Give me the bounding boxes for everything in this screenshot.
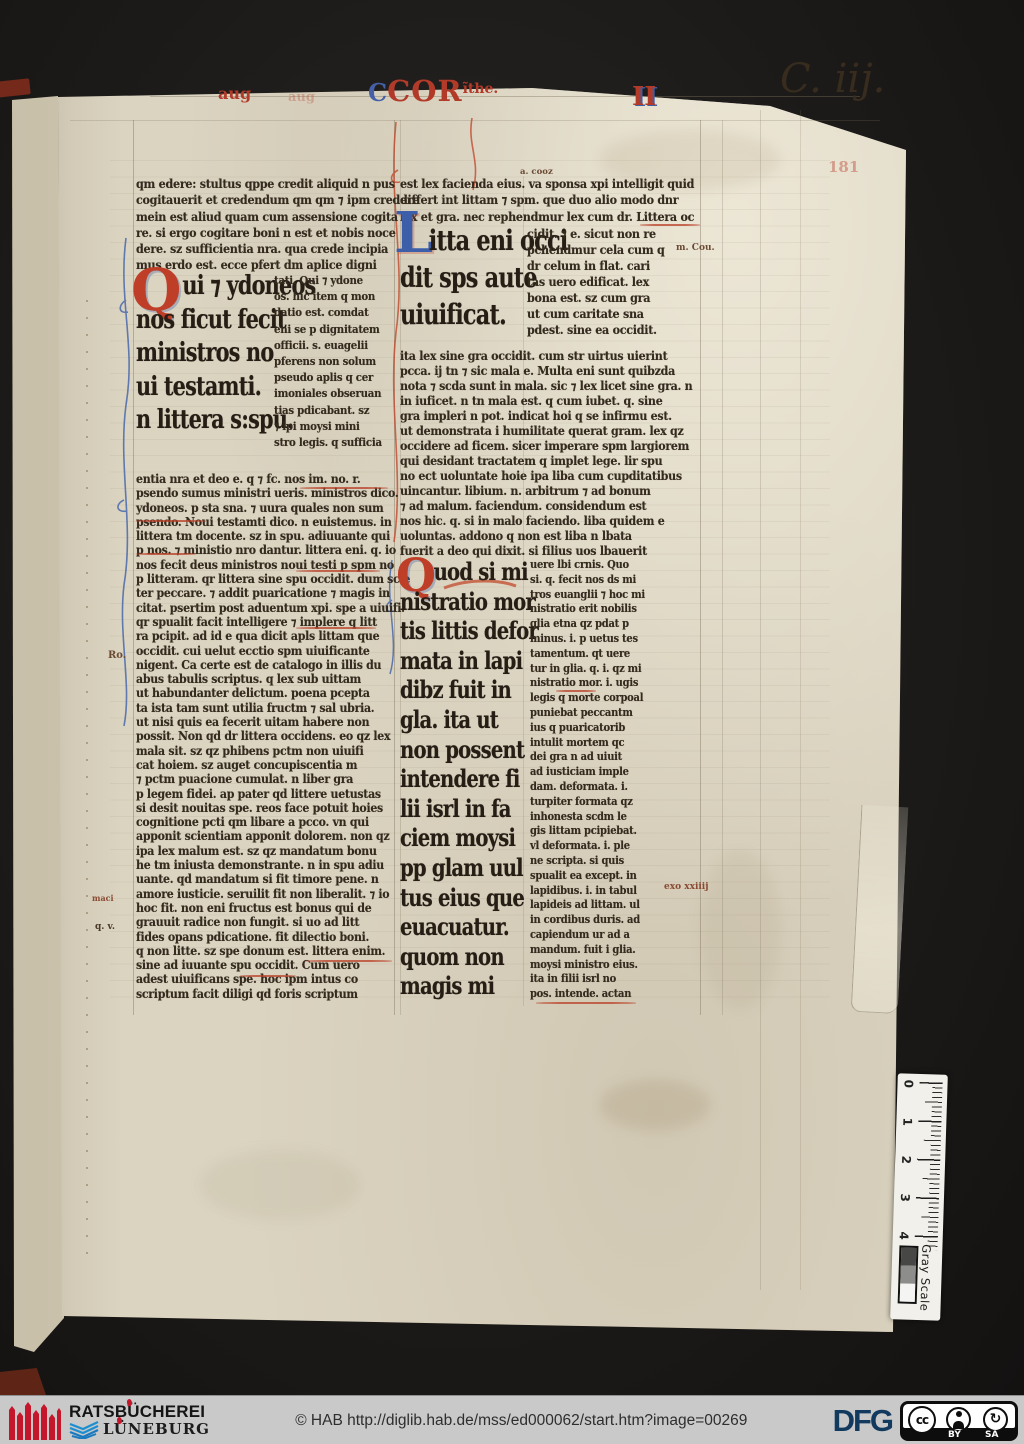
- rubric-underline: [536, 1002, 636, 1004]
- text-line: ciem moysi: [400, 823, 538, 853]
- text-line: si desit nouitas spe. reos face potuit h…: [136, 801, 376, 815]
- person-body-icon: [953, 1421, 964, 1429]
- cc-by-person-icon: [946, 1407, 971, 1432]
- text-line: nistratio erit nobilis: [530, 601, 645, 616]
- text-line: occidit. cui uelut ecctio spm uiuificant…: [136, 644, 376, 658]
- text-line: uod si mi: [400, 557, 538, 587]
- text-line: pos. intende. actan: [530, 986, 645, 1001]
- text-line: bona est. sz cum gra: [527, 290, 706, 306]
- text-line: ut demonstrata i humilitate querat gram.…: [400, 424, 696, 439]
- margin-note: q. v.: [95, 922, 115, 932]
- text-line: dr celum in flat. cari: [527, 258, 706, 274]
- text-line: tamentum. qt uere: [530, 646, 645, 661]
- margin-note: m. Cou.: [676, 243, 715, 253]
- text-line: tis littis defor: [400, 616, 538, 646]
- text-line: ne scripta. si quis: [530, 853, 645, 868]
- gray-scale-swatches: [898, 1245, 919, 1304]
- text-line: ⁊ ipi moysi mini: [274, 418, 382, 434]
- text-line: eni se p dignitatem: [274, 321, 382, 337]
- text-line: gra impleri n pot. indicat hoi q se infi…: [400, 409, 696, 424]
- ruler-number: 2: [899, 1155, 913, 1169]
- text-line: re. si ergo cogitare boni n est et nobis…: [136, 225, 376, 241]
- text-line: pdest. sine ea occidit.: [527, 322, 706, 338]
- text-line: uincantur. libium. n. arbitrum ⁊ ad bonu…: [400, 484, 696, 499]
- text-line: mata in lapi: [400, 646, 538, 676]
- text-line: hoc fit. non eni fructus est bonus qui d…: [136, 901, 376, 915]
- swatch-mid: [900, 1265, 916, 1283]
- text-line: spualit ea except. in: [530, 868, 645, 883]
- text-line: ⁊ ad malum. faciendum. considendum est: [400, 499, 696, 514]
- rubric-underline: [136, 520, 206, 522]
- col2-gloss-top: est lex facienda eius. va sponsa xpi int…: [400, 176, 698, 225]
- text-line: minus. i. p uetus tes: [530, 631, 645, 646]
- scan-viewer: aug aug CCORĩthe. II II C. iij. 181 qm e…: [0, 0, 1024, 1444]
- text-line: tias pdicabant. sz: [274, 402, 382, 418]
- text-line: abus tabulis scriptus. q lex sub uittam: [136, 672, 376, 686]
- text-line: nigent. Ca certe est de catalogo in illi…: [136, 658, 376, 672]
- margin-note: Ro.: [108, 650, 126, 661]
- text-line: in iuficet. n tn mala est. q cum iubet. …: [400, 394, 696, 409]
- text-line: cidit. ⁊ e. sicut non re: [527, 226, 706, 242]
- margin-note: maci: [92, 893, 114, 903]
- text-line: ad iusticiam imple: [530, 764, 645, 779]
- text-line: cognitione pcti qm libare a pcco. vn qui: [136, 815, 376, 829]
- person-head-icon: [956, 1411, 962, 1417]
- col1-gloss-main: entia nra et deo e. q ⁊ fc. nos im. no. …: [136, 472, 376, 1001]
- cc-sa-label: SA: [985, 1430, 998, 1440]
- rubric-underline: [306, 960, 392, 962]
- text-line: he tm iniusta demonstrante. n in spu adi…: [136, 858, 376, 872]
- text-line: euacuatur.: [400, 912, 538, 942]
- text-line: apponit scientiam apponit dolorem. non q…: [136, 829, 376, 843]
- text-line: capiendum ur ad a: [530, 927, 645, 942]
- text-line: vl deformata. i. ple: [530, 838, 645, 853]
- text-line: magis mi: [400, 971, 538, 1001]
- footer-bar: RATSBÜCHEREI LÜNEBURG © HAB http://digli…: [0, 1395, 1024, 1444]
- text-line: fides opans pdicatione. fit dilectio bon…: [136, 930, 376, 944]
- text-line: ut cum caritate sna: [527, 306, 706, 322]
- text-line: mein est aliud quam cum assensione cogit…: [136, 209, 376, 225]
- text-line: psendo. Noui testamti dico. n euistemus.…: [136, 515, 376, 529]
- text-line: p litteram. qr littera sine spu occidit.…: [136, 572, 376, 586]
- rubric-underline: [296, 570, 380, 572]
- rubric-underline: [136, 553, 196, 555]
- text-line: ut habundanter delictum. poena pcepta: [136, 686, 376, 700]
- text-line: puniebat peccantm: [530, 705, 645, 720]
- swatch-dark: [901, 1247, 917, 1265]
- text-line: cat hoiem. sz auget concupiscentia m: [136, 758, 376, 772]
- dfg-logo: DFG: [833, 1403, 892, 1439]
- text-line: moysi ministro eius.: [530, 957, 645, 972]
- text-line: ter peccare. ⁊ addit puaricatione ⁊ magi…: [136, 586, 376, 600]
- gray-scale-label: Gray Scale: [917, 1244, 933, 1312]
- text-line: ut nisi quis ea fecerit uitam habere non: [136, 715, 376, 729]
- text-line: nistratio mor. i. ugis: [530, 675, 645, 690]
- ruler-number: 1: [900, 1117, 914, 1131]
- manuscript-photo: aug aug CCORĩthe. II II C. iij. 181 qm e…: [0, 0, 1024, 1395]
- copyright-credit: © HAB http://diglib.hab.de/mss/ed000062/…: [210, 1412, 833, 1430]
- text-line: lapideis ad littam. ul: [530, 897, 645, 912]
- text-line: turpiter formata qz: [530, 794, 645, 809]
- text-line: pcca. ij tn ⁊ sic mala e. Multa eni sunt…: [400, 364, 696, 379]
- text-line: p nos. ⁊ ministio nro dantur. littera en…: [136, 543, 376, 557]
- text-line: intendere fi: [400, 764, 538, 794]
- text-line: ita lex sine gra occidit. cum str uirtus…: [400, 349, 696, 364]
- text-line: tas uero edificat. lex: [527, 274, 706, 290]
- text-line: officii. s. euagelii: [274, 337, 382, 353]
- text-line: stro legis. q sufficia: [274, 434, 382, 450]
- cc-by-label: BY: [948, 1430, 961, 1440]
- text-line: pseudo aplis q cer: [274, 369, 382, 385]
- text-line: mala sit. sz qz phibens pctm non uiuifi: [136, 744, 376, 758]
- text-line: quom non: [400, 942, 538, 972]
- text-line: citat. psertim post aduentum xpi. spe a …: [136, 601, 376, 615]
- text-line: si. q. fecit nos ds mi: [530, 572, 645, 587]
- text-line: ta ista tam sunt utilia fructm ⁊ sal ubr…: [136, 701, 376, 715]
- col2-gloss-mid: ita lex sine gra occidit. cum str uirtus…: [400, 349, 696, 559]
- col1-gloss-side: tati. Qui ⁊ ydoneos. hic item q mondatio…: [274, 272, 382, 450]
- umlaut-flame-icon: [126, 1398, 132, 1406]
- text-line: cogitauerit et credendum qm qm ⁊ ipm cre…: [136, 192, 376, 208]
- rubric-underline: [640, 224, 700, 226]
- text-line: dibz fuit in: [400, 675, 538, 705]
- text-line: glia etna qz pdat p: [530, 616, 645, 631]
- text-line: ipa lex malum est. sz qz mandatum bonu: [136, 844, 376, 858]
- text-line: dam. deformata. i.: [530, 779, 645, 794]
- col2-gloss-side2: uere lbi crnis. Quosi. q. fecit nos ds m…: [530, 557, 645, 1001]
- text-line: non possent: [400, 735, 538, 765]
- text-line: entia nra et deo e. q ⁊ fc. nos im. no. …: [136, 472, 376, 486]
- text-line: ydoneos. p sta sna. ⁊ uura quales non su…: [136, 501, 376, 515]
- col2-lemma2: uod si ministratio mortis littis deforma…: [400, 557, 538, 1001]
- text-line: q non litte. sz spe donum est. littera e…: [136, 944, 376, 958]
- text-line: qui desidant tractatem q implet lege. li…: [400, 454, 696, 469]
- text-line: amore iusticie. seruilit fit non liberal…: [136, 887, 376, 901]
- text-line: lii isrl in fa: [400, 794, 538, 824]
- text-line: imoniales obseruan: [274, 385, 382, 401]
- text-line: possit. Non qd dr littera occidens. eo q…: [136, 729, 376, 743]
- text-line: legis q morte corpoal: [530, 690, 645, 705]
- text-line: uere lbi crnis. Quo: [530, 557, 645, 572]
- text-line: tur in glia. q. i. qz mi: [530, 661, 645, 676]
- text-line: grauuit radice non fungit. si uo ad litt: [136, 915, 376, 929]
- margin-note: a. cooz: [520, 167, 553, 177]
- text-line: pp glam uul: [400, 853, 538, 883]
- ruler-number: 3: [898, 1193, 912, 1207]
- text-line: datio est. comdat: [274, 304, 382, 320]
- library-bars-icon: [7, 1400, 61, 1442]
- library-name-line1: RATSBÜCHEREI: [69, 1403, 210, 1420]
- ruler-ticks-major: [914, 1082, 942, 1253]
- text-line: est lex facienda eius. va sponsa xpi int…: [400, 176, 698, 192]
- library-logo: RATSBÜCHEREI LÜNEBURG: [7, 1400, 210, 1442]
- rubric-underline: [556, 690, 596, 692]
- library-name-line2: LÜNEBURG: [103, 1422, 210, 1437]
- text-line: ita in filii isrl no: [530, 971, 645, 986]
- text-line: dei gra n ad uiuit: [530, 749, 645, 764]
- rubric-underline: [296, 627, 376, 629]
- cc-icon: cc: [908, 1406, 936, 1434]
- swatch-light: [900, 1283, 916, 1301]
- text-line: differt int littam ⁊ spm. que duo alio m…: [400, 192, 698, 208]
- ruler-number: 0: [901, 1079, 915, 1093]
- text-line: gla. ita ut: [400, 705, 538, 735]
- rubric-underline: [300, 487, 388, 489]
- text-line: no ect uoluntate hoie ipa liba cum cupdi…: [400, 469, 696, 484]
- text-line: in cordibus duris. ad: [530, 912, 645, 927]
- ruler-number: 4: [896, 1231, 910, 1245]
- text-line: p legem fidei. ap pater qd littere uetus…: [136, 787, 376, 801]
- cc-sa-arrow-icon: ↻: [983, 1407, 1008, 1432]
- library-name-row2: LÜNEBURG: [69, 1421, 210, 1439]
- text-line: ius q puaricatorib: [530, 720, 645, 735]
- text-line: os. hic item q mon: [274, 288, 382, 304]
- text-line: intulit mortem qc: [530, 735, 645, 750]
- text-line: ⁊ pctm puacione cumulat. n liber gra: [136, 772, 376, 786]
- rubric-underline: [240, 975, 296, 977]
- text-line: pferens non solum: [274, 353, 382, 369]
- text-line: ra pcipit. ad id e qua dicit apls littam…: [136, 629, 376, 643]
- text-line: nistratio mor: [400, 587, 538, 617]
- cc-license-badge: cc ↻ BY SA: [900, 1401, 1018, 1441]
- text-line: lapidibus. i. in tabul: [530, 883, 645, 898]
- text-line: nos hic. q. si in malo faciendo. liba qu…: [400, 514, 696, 529]
- text-line: nota ⁊ scda sunt in mala. sic ⁊ lex lice…: [400, 379, 696, 394]
- text-line: mandum. fuit i glia.: [530, 942, 645, 957]
- text-line: gis littam pcipiebat.: [530, 823, 645, 838]
- gray-scale-ruler: 0 1 2 3 4 Gray Scale: [890, 1073, 948, 1320]
- library-name: RATSBÜCHEREI LÜNEBURG: [69, 1403, 210, 1439]
- margin-note: exo xxiiij: [664, 882, 708, 892]
- text-line: littera tm docente. sz in spu. adiuuante…: [136, 529, 376, 543]
- text-line: tati. Qui ⁊ ydone: [274, 272, 382, 288]
- text-line: uoluntas. addono q non est liba n lbata: [400, 529, 696, 544]
- text-line: scriptum facit diligi qd foris scriptum: [136, 987, 376, 1001]
- text-line: qm edere: stultus qppe credit aliquid n …: [136, 176, 376, 192]
- text-line: occidere ad ficem. sicer imperare spm la…: [400, 439, 696, 454]
- text-line: inhonesta scdm le: [530, 809, 645, 824]
- text-line: tros euanglii ⁊ hoc mi: [530, 587, 645, 602]
- book-chevron-icon: [69, 1421, 99, 1439]
- text-line: uante. qd mandatum si fit timore pene. n: [136, 872, 376, 886]
- text-line: tus eius que: [400, 883, 538, 913]
